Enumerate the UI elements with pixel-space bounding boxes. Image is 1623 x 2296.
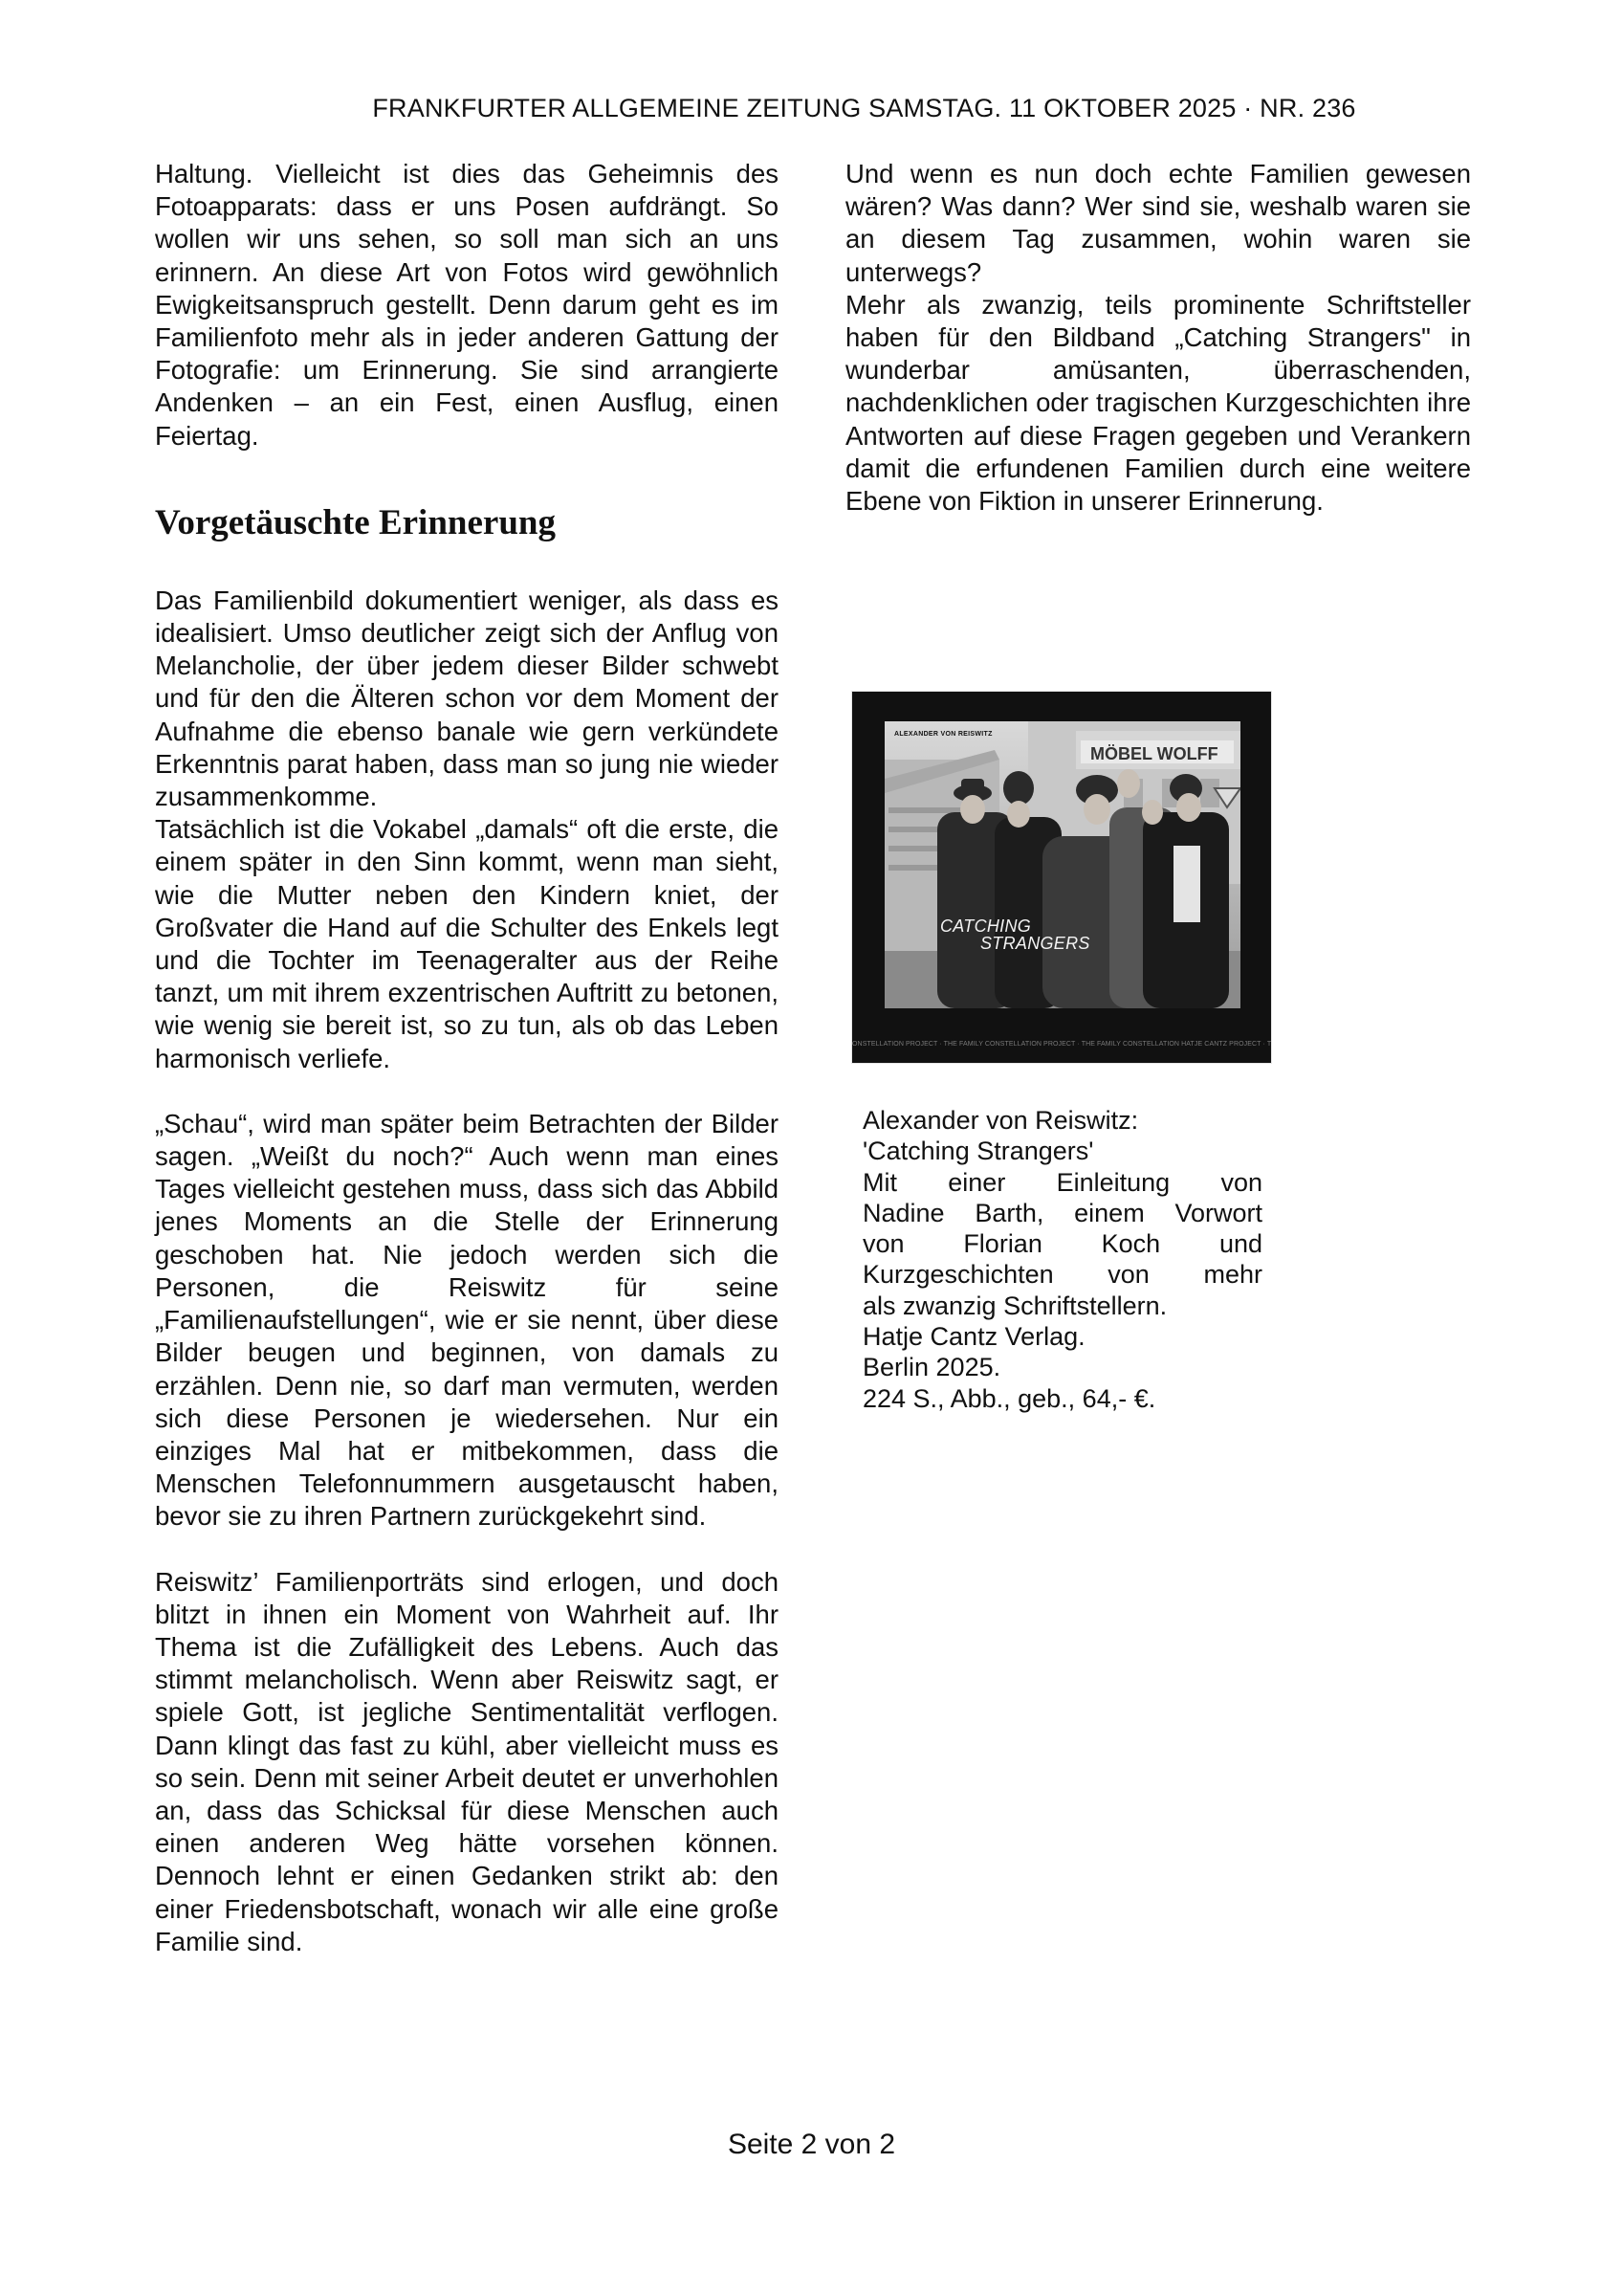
- cover-title: CATCHING STRANGERS: [940, 917, 1090, 952]
- caption-line: Berlin 2025.: [863, 1352, 1262, 1382]
- newspaper-masthead: FRANKFURTER ALLGEMEINE ZEITUNG SAMSTAG. …: [0, 94, 1623, 123]
- body-paragraph: Reiswitz’ Familienporträts sind erlogen,…: [155, 1566, 779, 1958]
- family-photo-illustration: MÖBEL WOLFF: [885, 721, 1240, 1008]
- body-paragraph: Und wenn es nun doch echte Familien gewe…: [845, 158, 1471, 289]
- page-number: Seite 2 von 2: [0, 2129, 1623, 2161]
- article-right-column: Und wenn es nun doch echte Familien gewe…: [845, 158, 1471, 518]
- book-cover-image: MÖBEL WOLFF: [852, 692, 1271, 1063]
- caption-line: Mit einer Einleitung von: [863, 1167, 1262, 1198]
- cover-author-name: ALEXANDER VON REISWITZ: [894, 731, 993, 738]
- body-paragraph: Mehr als zwanzig, teils prominente Schri…: [845, 289, 1471, 518]
- body-paragraph: Tatsächlich ist die Vokabel „damals“ oft…: [155, 813, 779, 1075]
- caption-line: als zwanzig Schriftstellern.: [863, 1291, 1262, 1321]
- section-subheading: Vorgetäuschte Erinnerung: [155, 502, 779, 544]
- caption-line: 224 S., Abb., geb., 64,- €.: [863, 1383, 1262, 1414]
- caption-line: Nadine Barth, einem Vorwort: [863, 1198, 1262, 1228]
- caption-line: Hatje Cantz Verlag.: [863, 1321, 1262, 1352]
- svg-text:MÖBEL WOLFF: MÖBEL WOLFF: [1090, 744, 1218, 763]
- cover-title-line-2: STRANGERS: [940, 935, 1090, 952]
- article-left-column: Haltung. Vielleicht ist dies das Geheimn…: [155, 158, 779, 1958]
- book-info-caption: Alexander von Reiswitz: 'Catching Strang…: [863, 1105, 1262, 1414]
- cover-bottom-strip: ONSTELLATION PROJECT · THE FAMILY CONSTE…: [852, 1041, 1271, 1048]
- body-paragraph: „Schau“, wird man später beim Betrachten…: [155, 1108, 779, 1534]
- caption-line: von Florian Koch und: [863, 1228, 1262, 1259]
- intro-paragraph: Haltung. Vielleicht ist dies das Geheimn…: [155, 158, 779, 453]
- body-paragraph: Das Familienbild dokumentiert weniger, a…: [155, 585, 779, 813]
- cover-photo-family-group: MÖBEL WOLFF: [885, 721, 1240, 1008]
- caption-line: Alexander von Reiswitz:: [863, 1105, 1262, 1136]
- caption-line: 'Catching Strangers': [863, 1136, 1262, 1166]
- cover-title-line-1: CATCHING: [940, 916, 1031, 936]
- caption-line: Kurzgeschichten von mehr: [863, 1259, 1262, 1290]
